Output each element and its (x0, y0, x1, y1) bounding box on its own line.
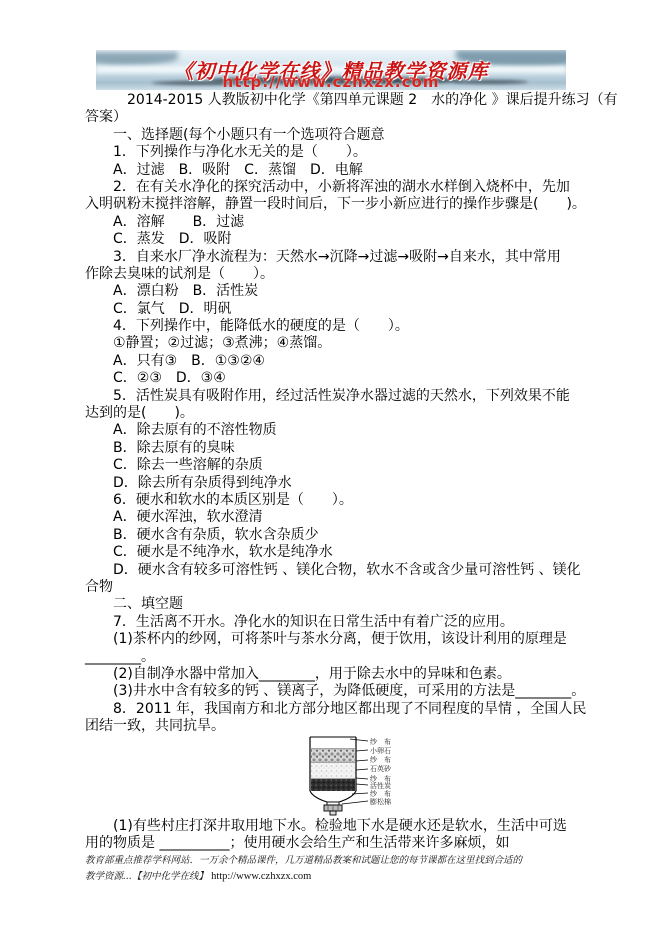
options-line: C．氯气 D．明矾 (85, 301, 585, 318)
question-line: 作除去臭味的试剂是（ ）。 (85, 266, 585, 283)
options-line: C．蒸发 D．吸附 (85, 231, 585, 248)
footer-site-url: http://www.czhxzx.com (211, 871, 311, 882)
label-quartz-sand: 石英砂 (370, 764, 392, 773)
options-line: C．②③ D．③④ (85, 370, 585, 387)
site-banner: 《初中化学在线》精品教学资源库 http://www.czhxzx.com (96, 50, 566, 90)
question-line: ①静置；②过滤；③煮沸；④蒸馏。 (85, 335, 585, 352)
question-line: (1)茶杯内的纱网，可将茶叶与茶水分离，便于饮用，该设计利用的原理是 (85, 631, 585, 648)
options-line: A．硬水浑浊，软水澄清 (85, 509, 585, 526)
question-line: 团结一致，共同抗旱。 (85, 718, 585, 735)
question-line: 入明矾粉末搅拌溶解，静置一段时间后，下一步小新应进行的操作步骤是( )。 (85, 196, 585, 213)
worksheet-page: 《初中化学在线》精品教学资源库 http://www.czhxzx.com 20… (0, 0, 661, 935)
question-line: 达到的是( )。 (85, 405, 585, 422)
question-line: 4．下列操作中，能降低水的硬度的是（ ）。 (85, 318, 585, 335)
label-gauze-1: 纱 布 (370, 737, 391, 746)
footer-promo-line2: 教学资源...【初中化学在线】 (85, 871, 208, 882)
label-activated-carbon: 活性炭 (370, 781, 391, 790)
banner-site-url: http://www.czhxzx.com (96, 73, 566, 90)
question-line: 8．2011 年，我国南方和北方部分地区都出现了不同程度的旱情 ，全国人民 (85, 701, 585, 718)
options-line: A．只有③ B．①③②④ (85, 353, 585, 370)
question-line: 用的物质是 __________；使用硬水会给生产和生活带来许多麻烦，如 (85, 835, 585, 852)
options-line: D．除去所有杂质得到纯净水 (85, 475, 585, 492)
question-line: (3)井水中含有较多的钙 、镁离子，为降低硬度，可采用的方法是________。 (85, 683, 585, 700)
worksheet-body-continued: (1)有些村庄打深井取用地下水。检验地下水是硬水还是软水，生活中可选 用的物质是… (85, 818, 585, 853)
options-line: B．除去原有的臭味 (85, 440, 585, 457)
label-fluffy-cotton: 膨松棉 (370, 797, 391, 806)
blank-line: ________。 (85, 649, 585, 666)
question-line: 6．硬水和软水的本质区别是（ ）。 (85, 492, 585, 509)
options-line: 合物 (85, 579, 585, 596)
water-purifier-figure: 纱 布 小卵石 纱 布 石英砂 纱 布 活性炭 纱 布 膨松棉 (300, 734, 425, 820)
section-heading: 一、选择题(每个小题只有一个选项符合题意 (85, 127, 585, 144)
options-line: A．漂白粉 B．活性炭 (85, 283, 585, 300)
question-line: 7．生活离不开水。净化水的知识在日常生活中有着广泛的应用。 (85, 614, 585, 631)
question-line: (1)有些村庄打深井取用地下水。检验地下水是硬水还是软水，生活中可选 (85, 818, 585, 835)
footer-promo-line1: 教育部重点推荐学科网站．一万余个精品课件，几万道精品教案和试题让您的每节课都在这… (85, 853, 585, 869)
options-line: A．过滤 B．吸附 C．蒸馏 D．电解 (85, 162, 585, 179)
title-line: 2014-2015 人教版初中化学《第四单元课题 2 水的净化 》课后提升练习（… (85, 92, 585, 109)
page-footer: 教育部重点推荐学科网站．一万余个精品课件，几万道精品教案和试题让您的每节课都在这… (85, 853, 585, 884)
title-line: 答案） (85, 109, 585, 126)
question-line: 3．自来水厂净水流程为：天然水→沉降→过滤→吸附→自来水，其中常用 (85, 249, 585, 266)
options-line: A．溶解 B．过滤 (85, 214, 585, 231)
section-heading: 二、填空题 (85, 596, 585, 613)
options-line: A．除去原有的不溶性物质 (85, 422, 585, 439)
worksheet-body: 2014-2015 人教版初中化学《第四单元课题 2 水的净化 》课后提升练习（… (85, 92, 585, 735)
question-line: 2．在有关水净化的探究活动中，小新将浑浊的湖水水样倒入烧杯中，先加 (85, 179, 585, 196)
label-pebbles: 小卵石 (370, 746, 391, 755)
options-line: C．硬水是不纯净水，软水是纯净水 (85, 544, 585, 561)
question-line: 5．活性炭具有吸附作用，经过活性炭净水器过滤的天然水，下列效果不能 (85, 388, 585, 405)
question-line: (2)自制净水器中常加入________，用于除去水中的异味和色素。 (85, 666, 585, 683)
label-gauze-4: 纱 布 (370, 789, 391, 798)
question-line: 1．下列操作与净化水无关的是（ ）。 (85, 144, 585, 161)
figure-labels: 纱 布 小卵石 纱 布 石英砂 纱 布 活性炭 纱 布 膨松棉 (370, 737, 392, 806)
options-line: D．硬水含有较多可溶性钙 、镁化合物，软水不含或含少量可溶性钙 、镁化 (85, 562, 585, 579)
options-line: C．除去一些溶解的杂质 (85, 457, 585, 474)
options-line: B．硬水含有杂质，软水含杂质少 (85, 527, 585, 544)
label-gauze-2: 纱 布 (370, 755, 391, 764)
